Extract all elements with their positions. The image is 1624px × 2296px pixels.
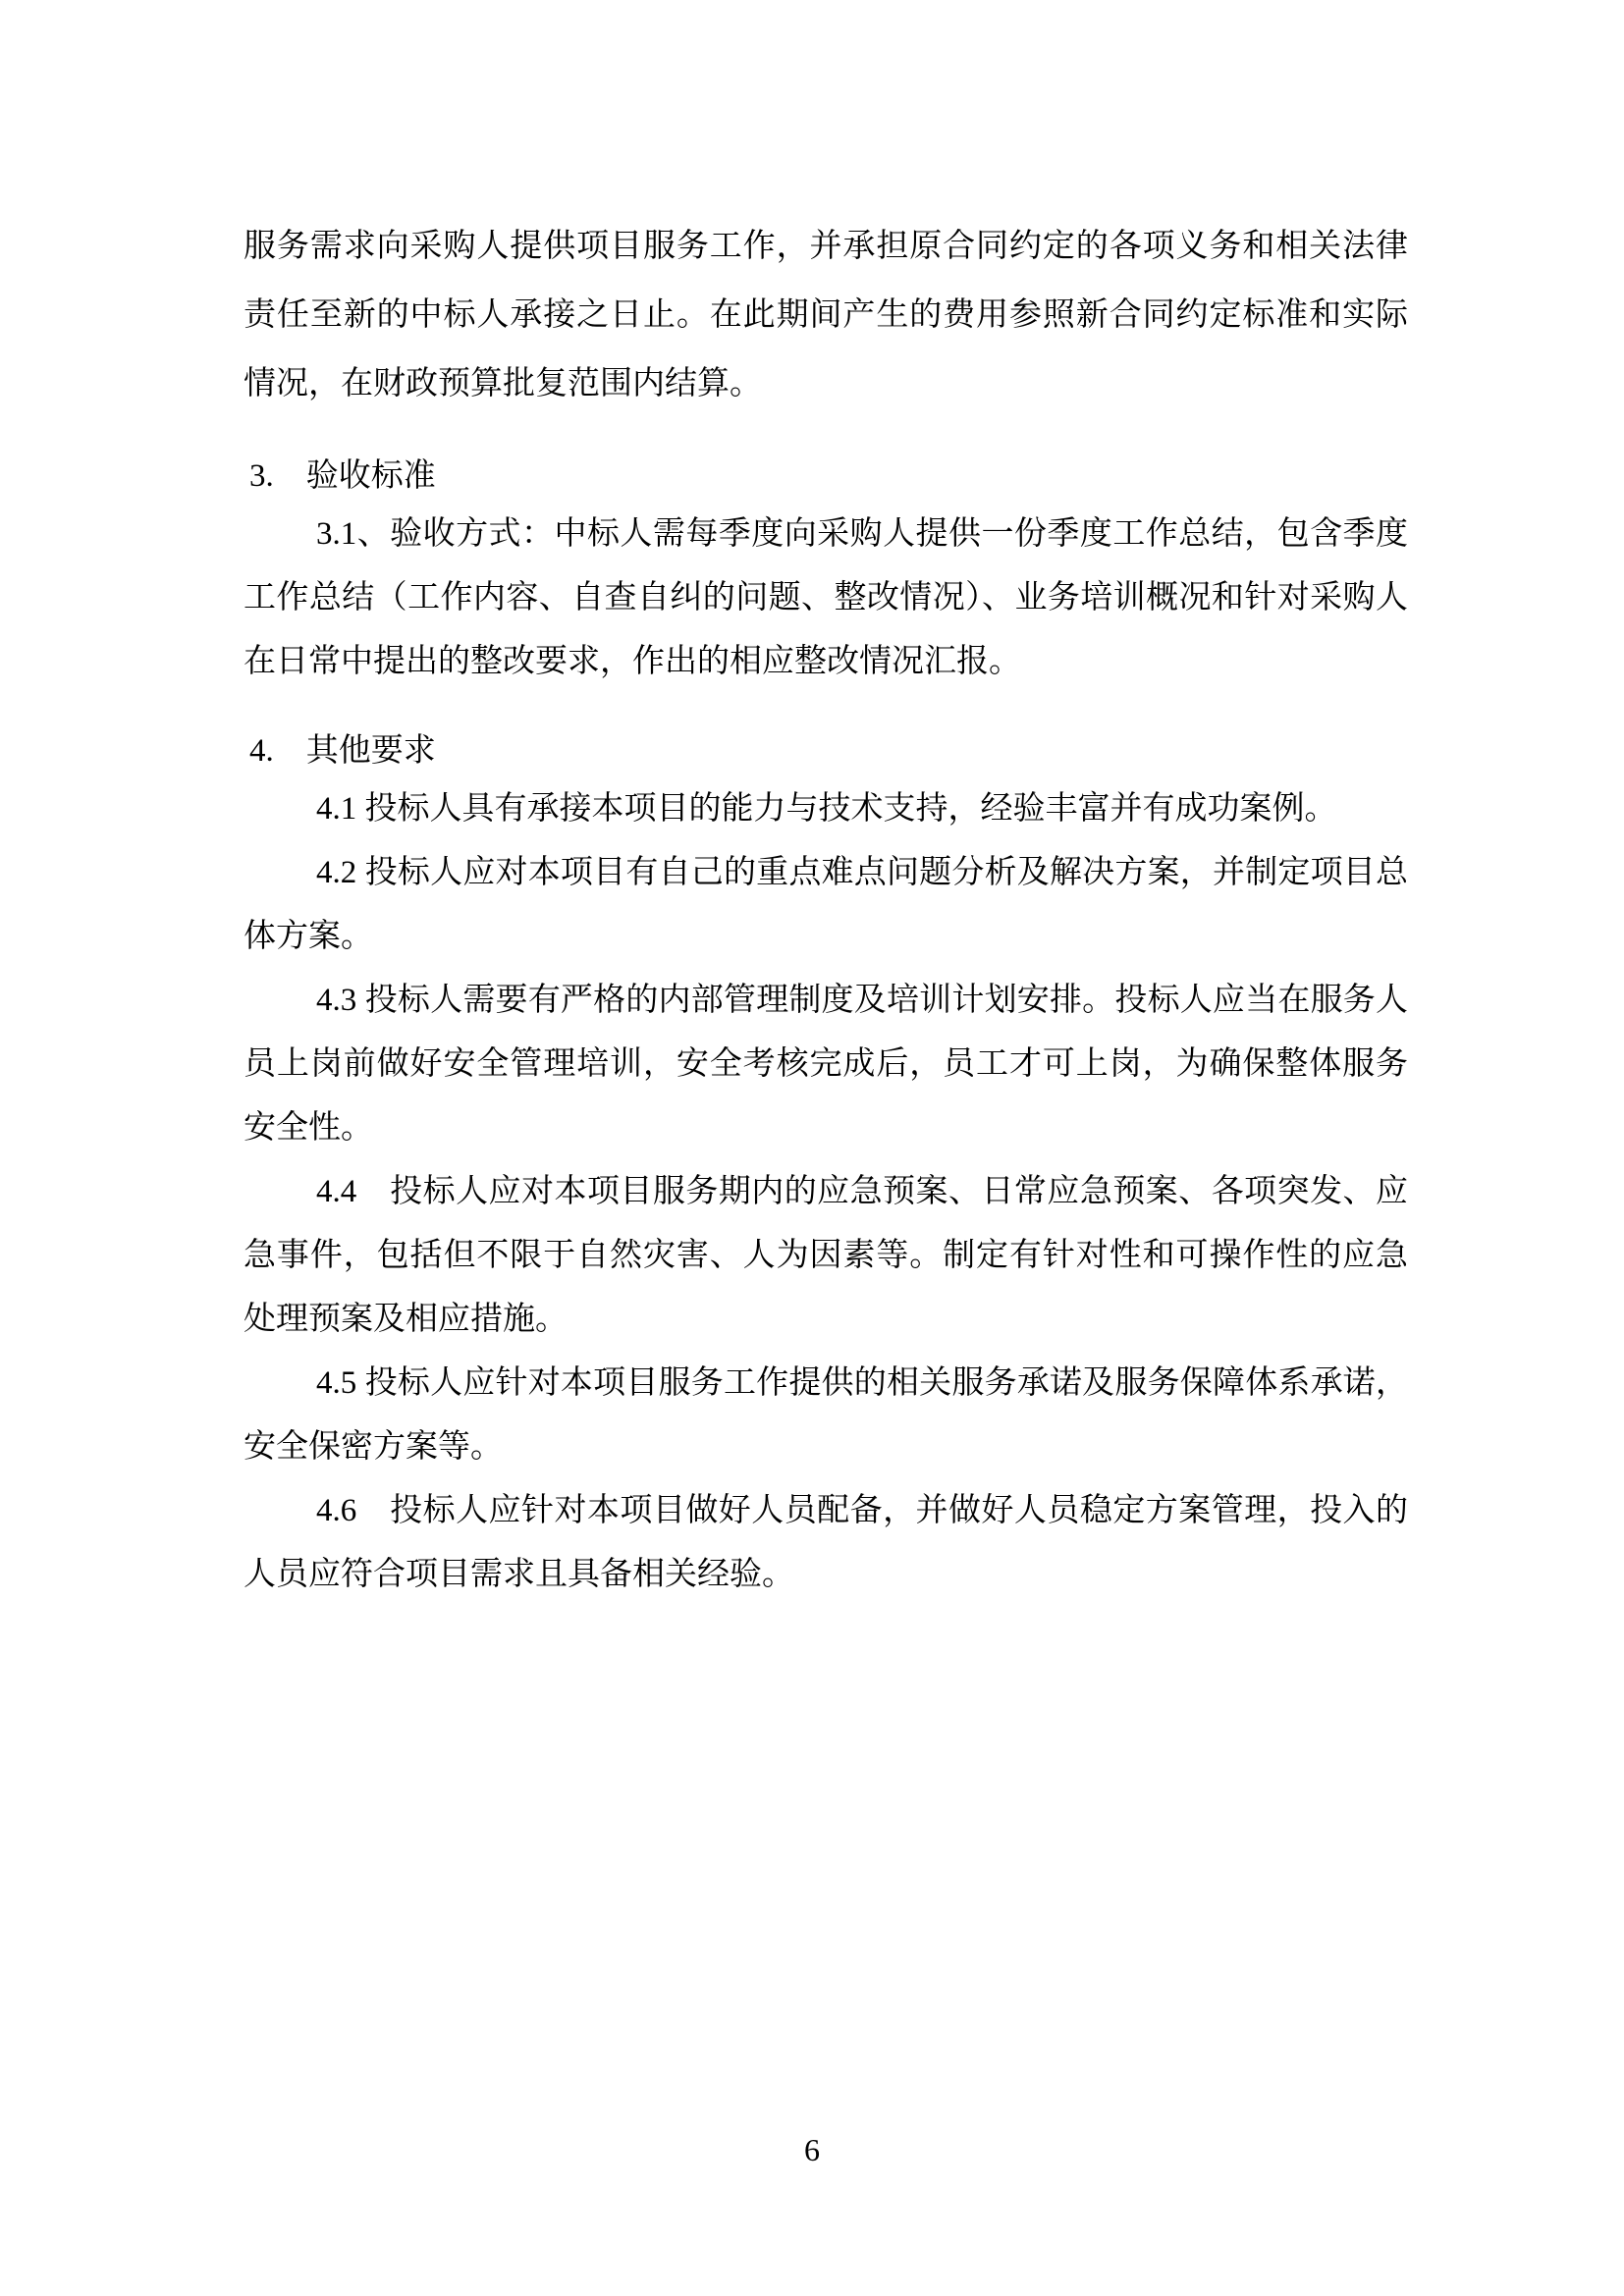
paragraph-3-1-acceptance-method: 3.1、验收方式：中标人需每季度向采购人提供一份季度工作总结，包含季度工作总结（… <box>244 503 1408 694</box>
document-body: 服务需求向采购人提供项目服务工作，并承担原合同约定的各项义务和相关法律责任至新的… <box>244 212 1408 1607</box>
paragraph-4-1-capability: 4.1 投标人具有承接本项目的能力与技术支持，经验丰富并有成功案例。 <box>244 777 1408 841</box>
document-page: 服务需求向采购人提供项目服务工作，并承担原合同约定的各项义务和相关法律责任至新的… <box>0 0 1624 2296</box>
paragraph-continuation: 服务需求向采购人提供项目服务工作，并承担原合同约定的各项义务和相关法律责任至新的… <box>244 212 1408 418</box>
section-heading-4-other-requirements: 4. 其他要求 <box>244 720 1408 783</box>
paragraph-4-4-emergency-plans: 4.4 投标人应对本项目服务期内的应急预案、日常应急预案、各项突发、应急事件，包… <box>244 1160 1408 1352</box>
paragraph-4-3-internal-management-training: 4.3 投标人需要有严格的内部管理制度及培训计划安排。投标人应当在服务人员上岗前… <box>244 969 1408 1160</box>
section-heading-3-acceptance-standards: 3. 验收标准 <box>244 445 1408 508</box>
paragraph-4-2-key-difficulties-plan: 4.2 投标人应对本项目有自己的重点难点问题分析及解决方案，并制定项目总体方案。 <box>244 841 1408 969</box>
paragraph-4-6-staffing: 4.6 投标人应针对本项目做好人员配备，并做好人员稳定方案管理，投入的人员应符合… <box>244 1479 1408 1607</box>
paragraph-4-5-service-commitments: 4.5 投标人应针对本项目服务工作提供的相关服务承诺及服务保障体系承诺，安全保密… <box>244 1352 1408 1479</box>
page-number: 6 <box>0 2130 1624 2169</box>
